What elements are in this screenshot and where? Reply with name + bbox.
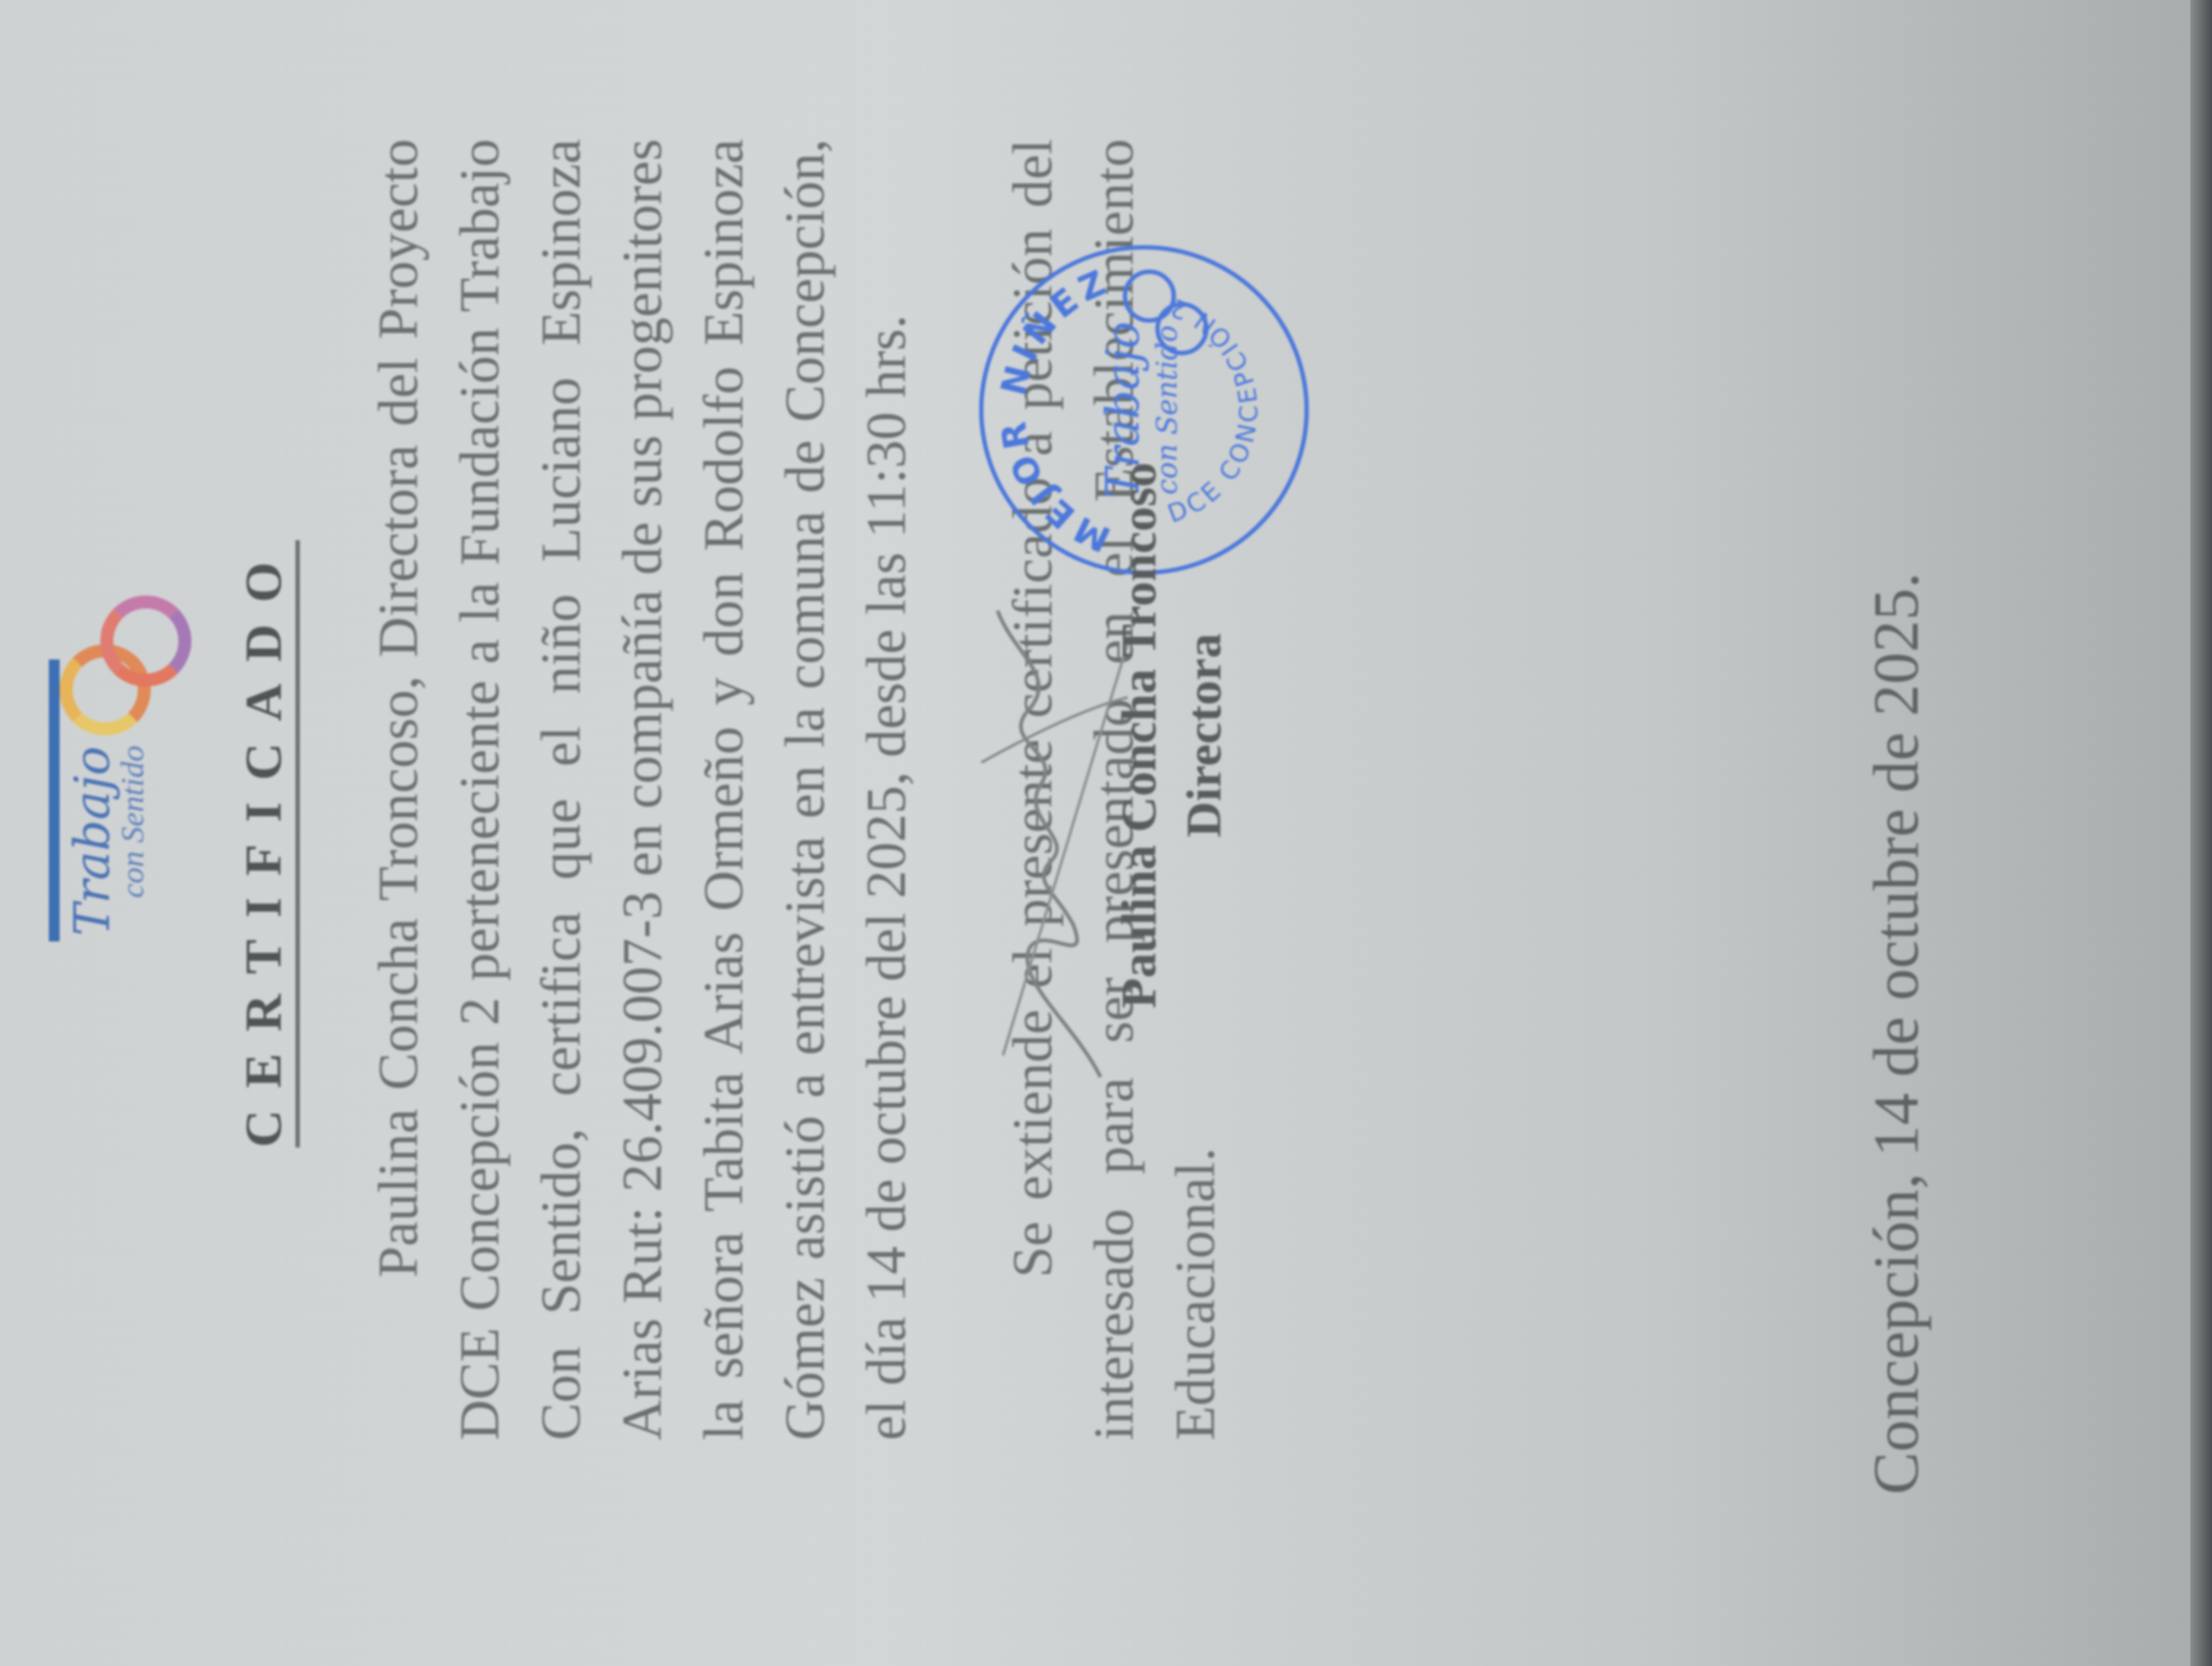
certificate-page: Trabajo con Sentido CERTIFICADO Paulina … xyxy=(0,30,2093,1657)
document-title: CERTIFICADO xyxy=(233,30,293,1657)
logo-ring-icon xyxy=(100,595,191,687)
signer-role: Directora xyxy=(1171,410,1236,1061)
signer-name: Paulina Concha Troncoso xyxy=(1106,410,1171,1061)
organization-logo: Trabajo con Sentido xyxy=(49,659,168,941)
logo-bar xyxy=(49,659,60,941)
paragraph-certification: Paulina Concha Troncoso, Directora del P… xyxy=(358,139,927,1440)
photo-background-edge xyxy=(2190,0,2212,1666)
date-line: Concepción, 14 de octubre de 2025. xyxy=(1860,572,1933,1495)
logo-text-trabajo: Trabajo xyxy=(68,746,117,936)
signer-block: Paulina Concha Troncoso Directora xyxy=(1106,410,1236,1061)
logo-text-con-sentido: con Sentido xyxy=(114,745,151,898)
